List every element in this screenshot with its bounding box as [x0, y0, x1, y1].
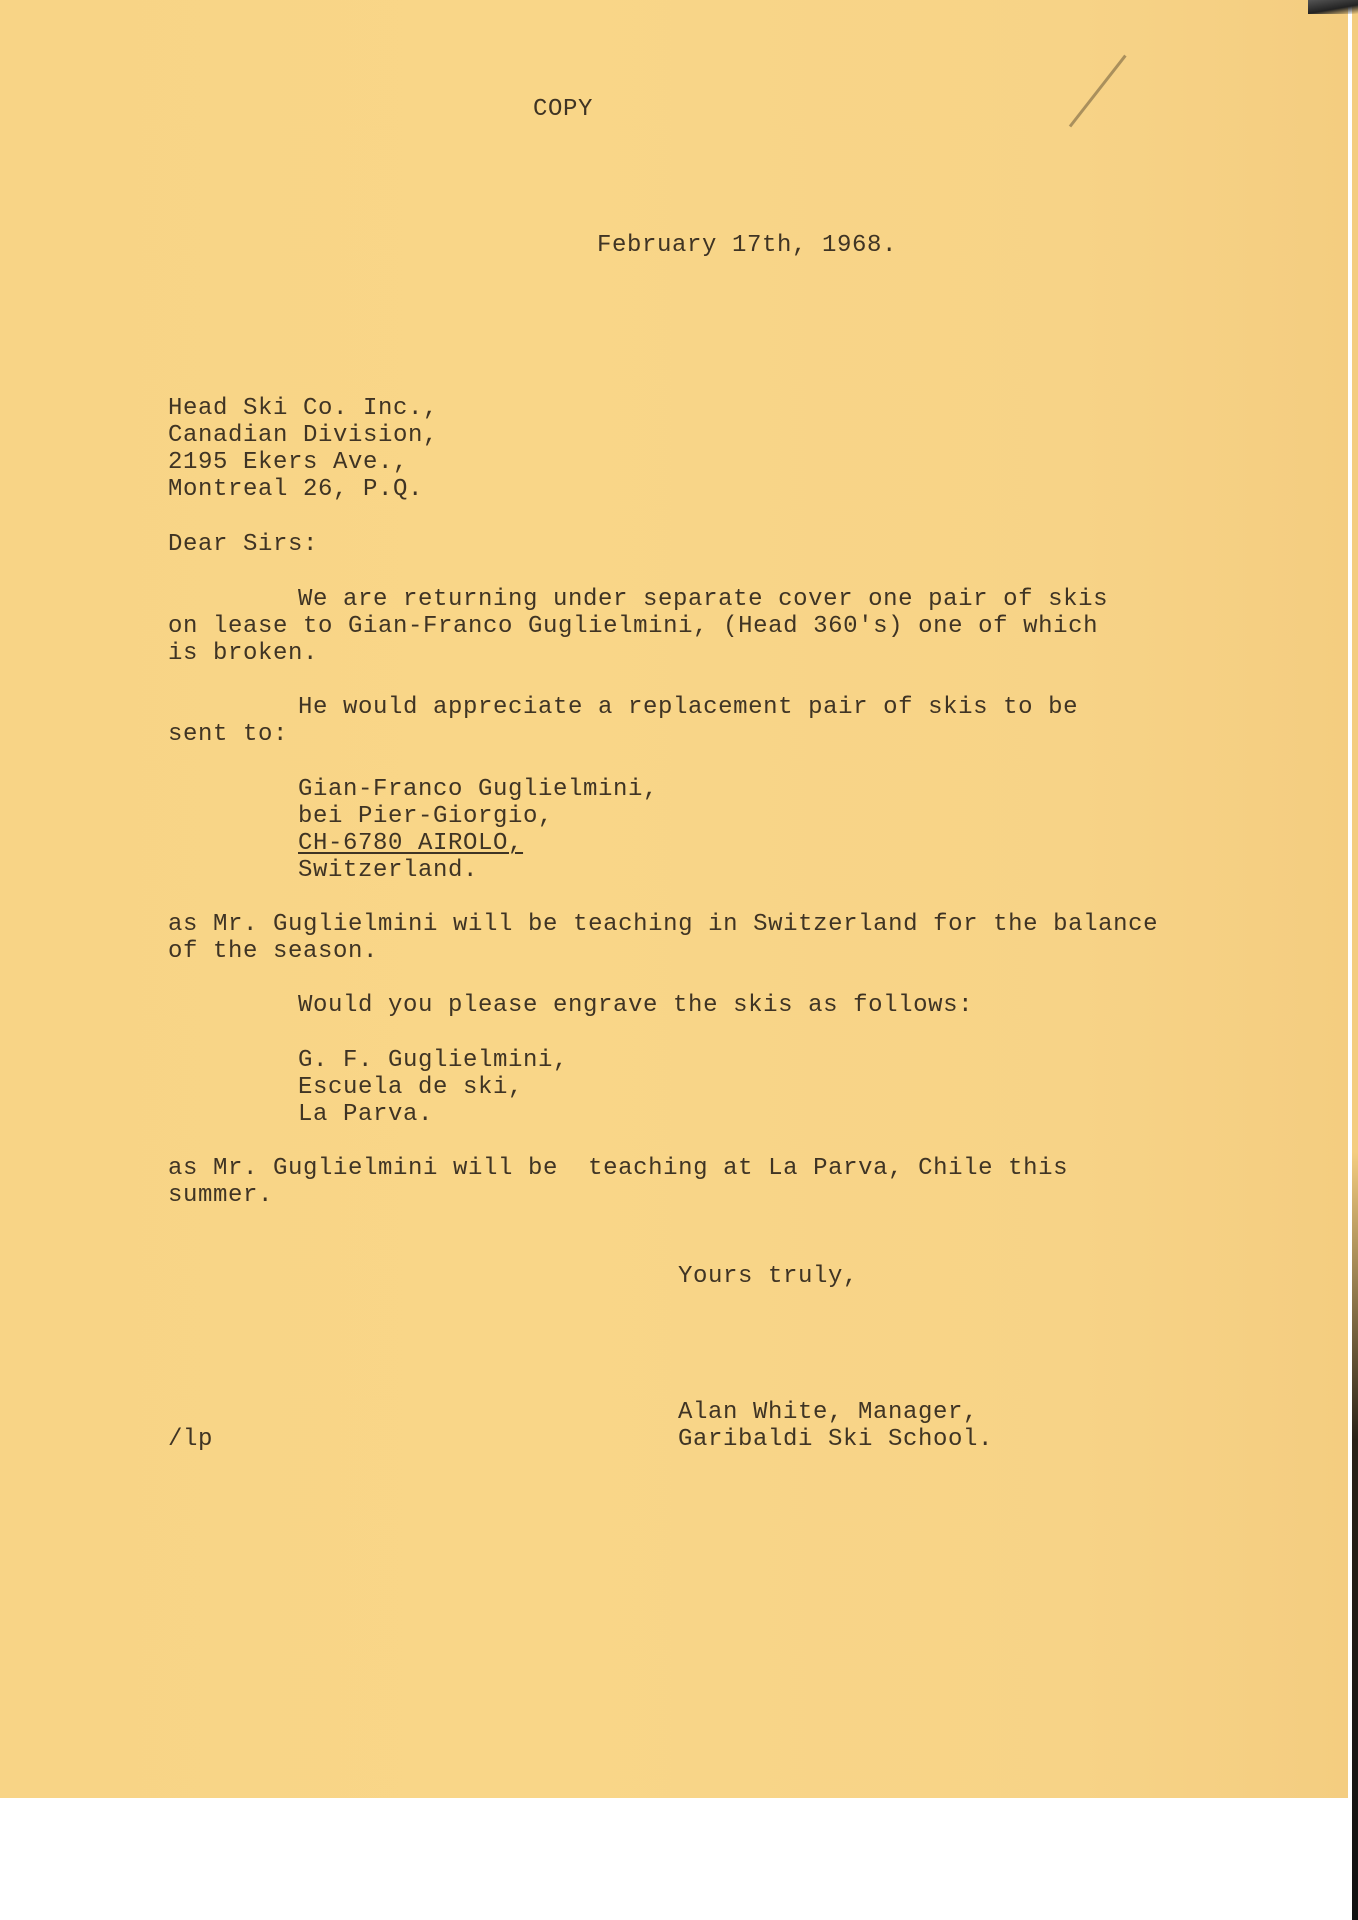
- para1-line-2: on lease to Gian-Franco Guglielmini, (He…: [168, 614, 1098, 640]
- para1-line-1: We are returning under separate cover on…: [298, 587, 1108, 613]
- letter-paper: COPY February 17th, 1968. Head Ski Co. I…: [0, 0, 1348, 1798]
- para4: Would you please engrave the skis as fol…: [298, 993, 973, 1019]
- salutation: Dear Sirs:: [168, 532, 318, 558]
- para3-line-1: as Mr. Guglielmini will be teaching in S…: [168, 912, 1158, 938]
- para5-line-2: summer.: [168, 1183, 273, 1209]
- para2-line-1: He would appreciate a replacement pair o…: [298, 695, 1078, 721]
- recipient-line-1: Head Ski Co. Inc.,: [168, 396, 438, 422]
- ship-address-line-2: bei Pier-Giorgio,: [298, 804, 553, 830]
- para2-line-2: sent to:: [168, 722, 288, 748]
- recipient-line-4: Montreal 26, P.Q.: [168, 477, 423, 503]
- letter-date: February 17th, 1968.: [597, 233, 897, 259]
- signature-line-2: Garibaldi Ski School.: [678, 1427, 993, 1453]
- copy-mark: COPY: [533, 97, 593, 123]
- para5-line-1: as Mr. Guglielmini will be teaching at L…: [168, 1156, 1068, 1182]
- engraving-line-3: La Parva.: [298, 1102, 433, 1128]
- page-corner-fold: [1308, 0, 1358, 14]
- para1-line-3: is broken.: [168, 641, 318, 667]
- page-edge-shadow: [1352, 0, 1358, 1920]
- signature-line-1: Alan White, Manager,: [678, 1400, 978, 1426]
- ship-address-line-1: Gian-Franco Guglielmini,: [298, 777, 658, 803]
- pen-mark: [1069, 55, 1127, 128]
- recipient-line-3: 2195 Ekers Ave.,: [168, 450, 408, 476]
- ship-address-line-4: Switzerland.: [298, 858, 478, 884]
- closing: Yours truly,: [678, 1264, 858, 1290]
- recipient-line-2: Canadian Division,: [168, 423, 438, 449]
- typist-initials: /lp: [168, 1427, 213, 1453]
- ship-address-line-3: CH-6780 AIROLO,: [298, 831, 523, 857]
- engraving-line-2: Escuela de ski,: [298, 1075, 523, 1101]
- engraving-line-1: G. F. Guglielmini,: [298, 1048, 568, 1074]
- para3-line-2: of the season.: [168, 939, 378, 965]
